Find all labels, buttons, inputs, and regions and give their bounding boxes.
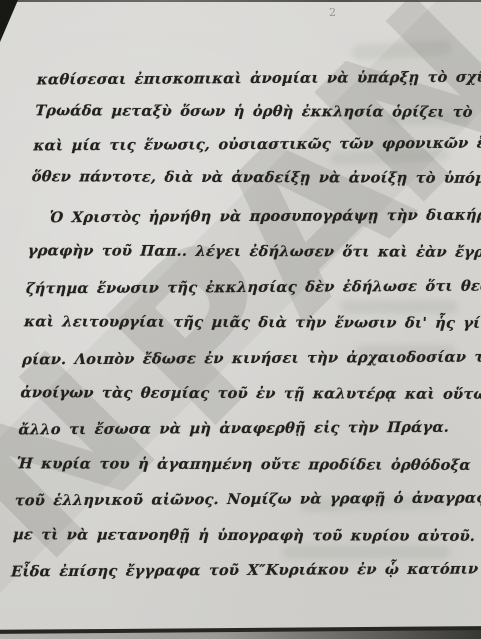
handwritten-line: καὶ λειτουργίαι τῆς µιᾶς διὰ τὴν ἕνωσιν … [23, 304, 467, 341]
handwritten-line: ἀνοίγων τὰς θεσµίας τοῦ ἐν τῇ καλυτέρᾳ κ… [19, 375, 463, 412]
handwritten-line: τοῦ ἑλληνικοῦ αἰῶνος. Νοµίζω νὰ γραφῇ ὁ … [14, 481, 458, 519]
handwritten-line: Τρωάδα µεταξὺ ὅσων ἡ ὀρθὴ ἐκκλησία ὁρίζε… [34, 94, 478, 129]
handwritten-line: καὶ µία τις ἕνωσις, οὐσιαστικῶς τῶν φρον… [33, 127, 477, 163]
handwritten-line: ρίαν. Λοιπὸν ἔδωσε ἐν κινήσει τὴν ἀρχαιο… [21, 339, 465, 377]
handwritten-line: Ὁ Χριστὸς ἠρνήθη νὰ προσυπογράψῃ τὴν δια… [29, 198, 473, 236]
scan-top-edge [0, 0, 481, 2]
page-number: 2 [329, 6, 336, 19]
scan-corner-shadow [0, 0, 18, 42]
handwritten-line: µε τὶ νὰ µετανοηθῇ ἡ ὑπογραφὴ τοῦ κυρίου… [12, 517, 456, 554]
handwritten-line: ζήτηµα ἕνωσιν τῆς ἐκκλησίας δὲν ἐδήλωσε … [25, 268, 469, 306]
paragraph: Ὁ Χριστὸς ἠρνήθη νὰ προσυπογράψῃ τὴν δια… [10, 199, 472, 588]
handwritten-line: Ἡ κυρία του ἡ ἀγαπηµένη οὔτε προδίδει ὀρ… [16, 446, 460, 483]
scanned-manuscript-page: Ν Ρ Α Ν 2 καθίσεσαι ἐπισκοπικαὶ ἀνοµίαι … [0, 0, 481, 639]
handwritten-line: καθίσεσαι ἐπισκοπικαὶ ἀνοµίαι νὰ ὑπάρξῃ … [36, 61, 480, 97]
handwritten-line: ἄλλο τι ἔσωσα νὰ µὴ ἀναφερθῇ εἰς τὴν Πρά… [18, 410, 462, 448]
handwritten-line: ὅθεν πάντοτε, διὰ νὰ ἀναδείξῃ νὰ ἀνοίξῃ … [31, 160, 475, 195]
handwritten-line: γραφὴν τοῦ Παπ.. λέγει ἐδήλωσεν ὅτι καὶ … [27, 234, 471, 271]
handwritten-line: Εἶδα ἐπίσης ἔγγραφα τοῦ Χ″Κυριάκου ἐν ᾧ … [10, 552, 454, 590]
handwritten-text-block: καθίσεσαι ἐπισκοπικαὶ ἀνοµίαι νὰ ὑπάρξῃ … [10, 62, 480, 588]
paragraph: καθίσεσαι ἐπισκοπικαὶ ἀνοµίαι νὰ ὑπάρξῃ … [31, 62, 480, 194]
